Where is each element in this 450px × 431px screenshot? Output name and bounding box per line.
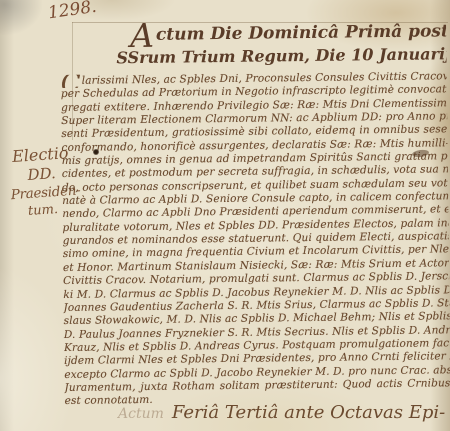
folio-number: 1298. (47, 0, 98, 23)
heading-text: ctum Die Dominicâ Primâ post Festum (156, 20, 446, 44)
ink-blot (93, 149, 99, 155)
next-entry-text: Feriâ Tertiâ ante Octavas Epi- (172, 402, 445, 423)
entry-heading-line-2: SSrum Trium Regum, Die 10 Januarij A° 16… (60, 43, 446, 70)
next-entry-heading-partial: ActumFeriâ Tertiâ ante Octavas Epi- (118, 402, 445, 423)
next-entry-faint-word: Actum (118, 406, 164, 422)
manuscript-page: 1298. Electio DD. Praesiden- tum. Actum … (0, 0, 450, 431)
main-text-block: Actum Die Dominicâ Primâ post Festum SSr… (60, 19, 450, 408)
body-drop-cap: C (61, 70, 81, 88)
heading-drop-cap: A (130, 19, 156, 48)
body-text: Clarissimi Nles, ac Spbles Dni, Proconsu… (61, 70, 450, 408)
